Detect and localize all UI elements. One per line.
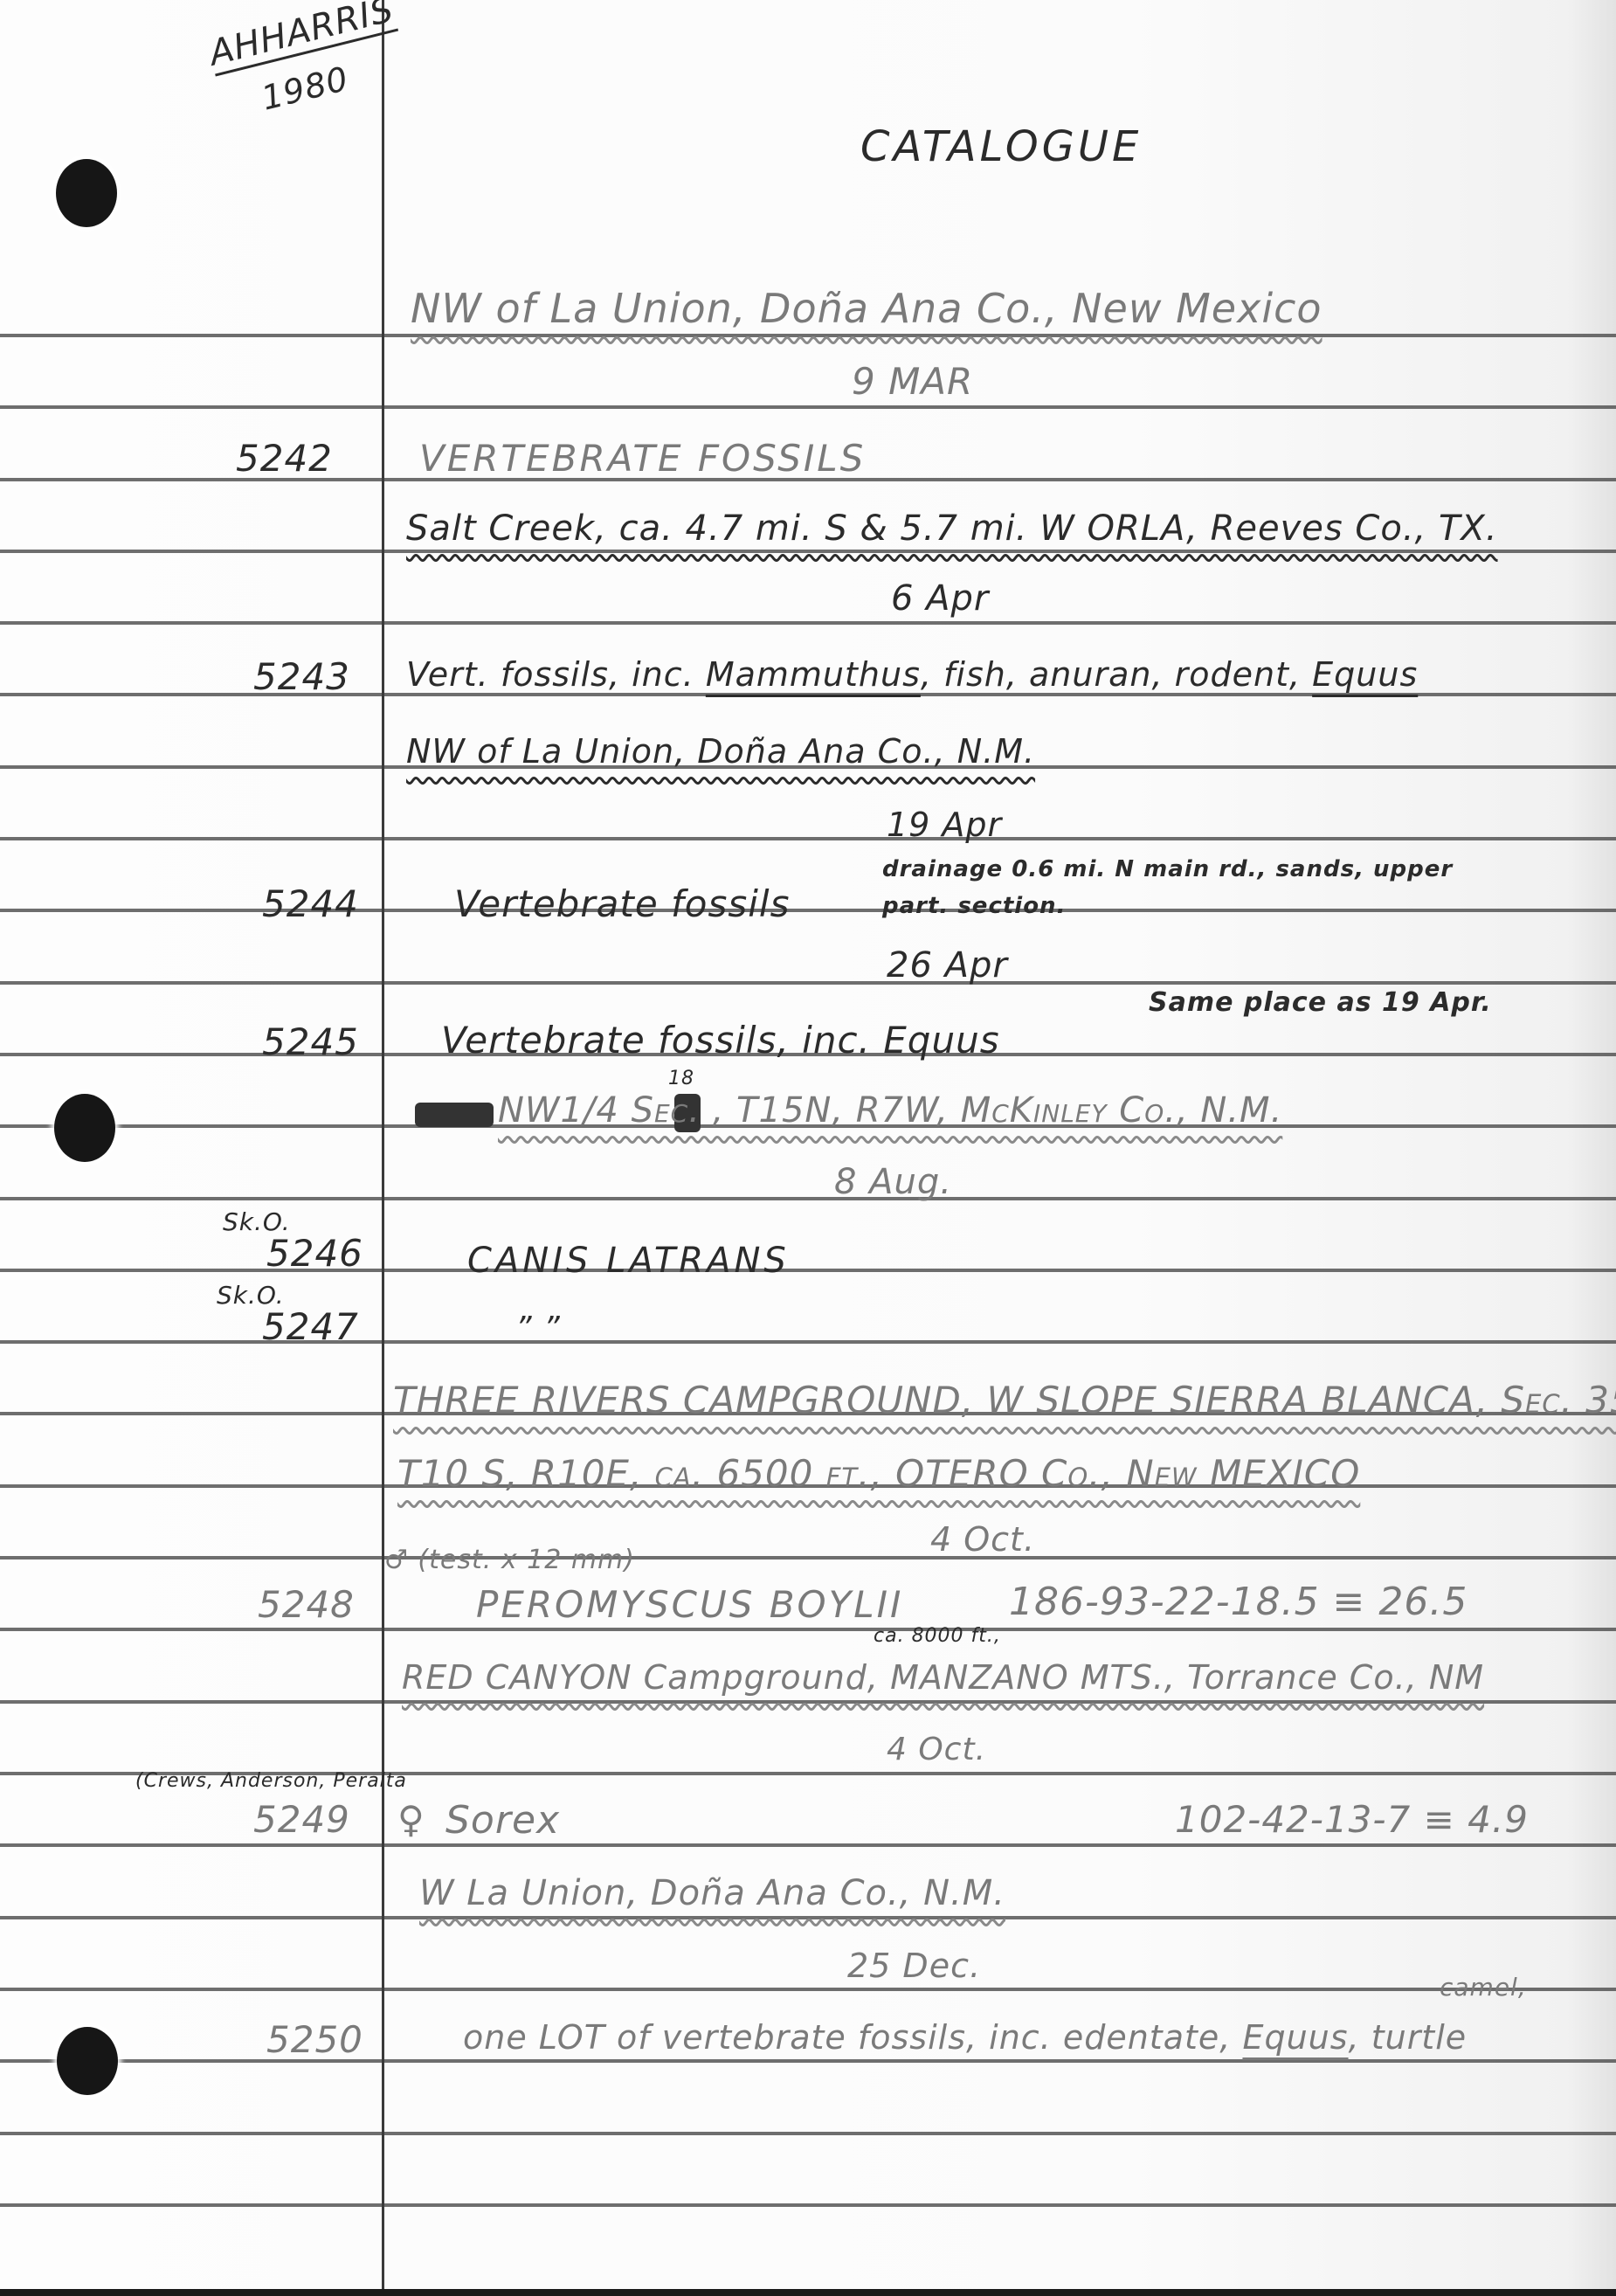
entry-date: 8 Aug. [834, 1162, 952, 1202]
entry-description: VERTEBRATE FOSSILS [419, 437, 866, 480]
description-prefix: one LOT of vertebrate fossils, inc. eden… [463, 2018, 1242, 2057]
description-genus: Equus [1312, 655, 1418, 694]
ruled-line [0, 1916, 1616, 1919]
ruled-line [0, 405, 1616, 409]
entry-note: Same place as 19 Apr. [1149, 987, 1492, 1018]
entry-description: Vertebrate fossils, inc. Equus [441, 1019, 1000, 1062]
catalogue-number: 5244 [262, 882, 359, 925]
punch-hole-icon [54, 1094, 115, 1162]
catalogue-number: 5246 [266, 1232, 363, 1275]
entry-date: 25 Dec. [847, 1947, 981, 1985]
entry-description: Vertebrate fossils [454, 882, 790, 925]
specimen-annotation: ♂ (test. x 12 mm) [384, 1545, 635, 1575]
entry-note: part. section. [882, 893, 1066, 919]
locality-header: NW of La Union, Doña Ana Co., New Mexico [411, 285, 1322, 332]
punch-hole-icon [56, 159, 117, 227]
ruled-line [0, 837, 1616, 840]
ruled-line [0, 1628, 1616, 1631]
ruled-line [0, 334, 1616, 337]
entry-locality: T10 S, R10E, ca. 6500 ft., OTERO Co., Ne… [397, 1452, 1360, 1495]
ruled-line [0, 981, 1616, 985]
catalogue-number: 5248 [258, 1583, 355, 1626]
entry-locality: NW1/4 Sec. , T15N, R7W, McKinley Co., N.… [498, 1090, 1282, 1131]
sex-symbol-icon: ♀ [397, 1798, 425, 1841]
entry-date: 26 Apr [887, 945, 1008, 985]
ruled-line [0, 2059, 1616, 2063]
author-name: AHHARRIS [205, 0, 397, 74]
entry-locality: Salt Creek, ca. 4.7 mi. S & 5.7 mi. W OR… [406, 508, 1498, 549]
ruled-line [0, 2132, 1616, 2135]
entry-locality: THREE RIVERS CAMPGROUND, W SLOPE SIERRA … [393, 1379, 1616, 1421]
catalogue-number: 5250 [266, 2018, 363, 2061]
ruled-line [0, 1340, 1616, 1344]
ruled-line [0, 550, 1616, 553]
catalogue-number: 5249 [253, 1798, 350, 1841]
entry-locality: W La Union, Doña Ana Co., N.M. [419, 1873, 1005, 1913]
description-suffix: , turtle [1349, 2018, 1468, 2057]
description-genus: Equus [1242, 2018, 1348, 2057]
section-insert: 18 [668, 1068, 694, 1089]
entry-locality: NW of La Union, Doña Ana Co., N.M. [406, 732, 1035, 771]
ruled-line [0, 621, 1616, 625]
entry-description: CANIS LATRANS [467, 1241, 790, 1281]
entry-locality: RED CANYON Campground, MANZANO MTS., Tor… [402, 1658, 1484, 1697]
description-prefix: Vert. fossils, inc. [406, 655, 706, 694]
punch-hole-icon [57, 2027, 118, 2095]
entry-description: Sorex [445, 1798, 560, 1843]
catalogue-number: 5242 [236, 437, 333, 480]
ruled-line [0, 1269, 1616, 1272]
ruled-line [0, 1556, 1616, 1559]
entry-date: 19 Apr [887, 806, 1002, 844]
redaction-mark [415, 1103, 494, 1127]
measurements: 186-93-22-18.5 ≡ 26.5 [1009, 1580, 1468, 1624]
ditto-marks: ” ” [515, 1311, 561, 1346]
entry-description: PEROMYSCUS BOYLII [476, 1583, 903, 1626]
locality-header-date: 9 MAR [852, 360, 973, 403]
margin-line [382, 0, 384, 2296]
entry-note: drainage 0.6 mi. N main rd., sands, uppe… [882, 856, 1453, 882]
entry-date: 4 Oct. [887, 1732, 986, 1767]
page-title: CATALOGUE [860, 122, 1142, 171]
entry-date: 4 Oct. [930, 1520, 1035, 1559]
measurements: 102-42-13-7 ≡ 4.9 [1175, 1798, 1529, 1841]
entry-description: one LOT of vertebrate fossils, inc. eden… [463, 2018, 1467, 2057]
catalogue-number: 5247 [262, 1305, 359, 1348]
page-bottom-edge [0, 2289, 1616, 2296]
insert-note: camel, [1440, 1973, 1527, 2002]
description-suffix: , fish, anuran, rodent, [921, 655, 1312, 694]
description-genus-underlined: Mammuthus [706, 655, 921, 694]
catalogue-number: 5243 [253, 655, 350, 698]
ruled-line [0, 1988, 1616, 1991]
elevation-insert: ca. 8000 ft., [874, 1625, 1001, 1647]
author-year: 1980 [258, 59, 352, 118]
ruled-line [0, 2203, 1616, 2207]
collectors-note: (Crews, Anderson, Peralta [135, 1770, 407, 1792]
ruled-line [0, 1197, 1616, 1200]
notebook-page: AHHARRIS 1980 CATALOGUE NW of La Union, … [0, 0, 1616, 2296]
ruled-line [0, 1843, 1616, 1847]
catalogue-number: 5245 [262, 1020, 359, 1063]
ruled-line [0, 1700, 1616, 1704]
entry-date: 6 Apr [891, 578, 989, 619]
entry-description: Vert. fossils, inc. Mammuthus, fish, anu… [406, 655, 1418, 694]
ruled-line [0, 909, 1616, 912]
